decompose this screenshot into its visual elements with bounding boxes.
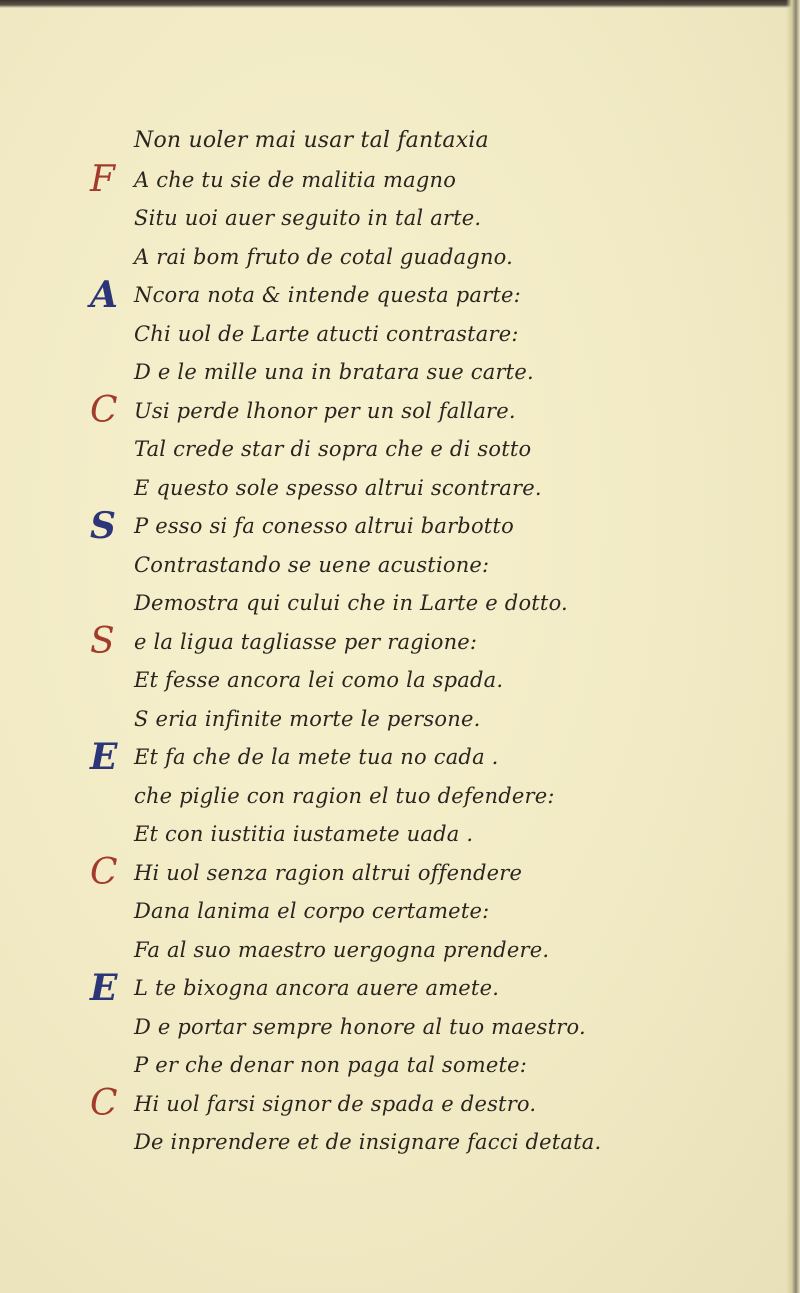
verse-line: Tal crede star di sopra che e di sotto xyxy=(90,430,770,469)
verse-line: CUsi perde lhonor per un sol fallare. xyxy=(90,392,770,431)
rubricated-initial: E xyxy=(90,969,118,1007)
page-top-edge xyxy=(0,0,800,8)
verse-text: A rai bom fruto de cotal guadagno. xyxy=(134,238,513,276)
verse-line: EEt fa che de la mete tua no cada . xyxy=(90,738,770,777)
verse-text: De inprendere et de insignare facci deta… xyxy=(134,1123,601,1161)
rubricated-initial: C xyxy=(90,854,118,892)
verse-line: Fa al suo maestro uergogna prendere. xyxy=(90,931,770,970)
verse-line: E questo sole spesso altrui scontrare. xyxy=(90,469,770,508)
verse-line: D e le mille una in bratara sue carte. xyxy=(90,353,770,392)
verse-text: Situ uoi auer seguito in tal arte. xyxy=(134,199,481,237)
verse-line: CHi uol farsi signor de spada e destro. xyxy=(90,1085,770,1124)
verse-line: ANcora nota & intende questa parte: xyxy=(90,276,770,315)
verse-line: Se la ligua tagliasse per ragione: xyxy=(90,623,770,662)
rubricated-initial: C xyxy=(90,392,118,430)
verse-text: E questo sole spesso altrui scontrare. xyxy=(134,469,542,507)
verse-line: Et con iustitia iustamete uada . xyxy=(90,815,770,854)
verse-line: FA che tu sie de malitia magno xyxy=(90,161,770,200)
rubricated-initial: S xyxy=(90,507,116,545)
verse-text: P esso si fa conesso altrui barbotto xyxy=(134,507,514,545)
verse-line: P er che denar non paga tal somete: xyxy=(90,1046,770,1085)
verse-text: che piglie con ragion el tuo defendere: xyxy=(134,777,555,815)
verse-line: Et fesse ancora lei como la spada. xyxy=(90,661,770,700)
verse-line: Demostra qui cului che in Larte e dotto. xyxy=(90,584,770,623)
verse-text: Et fesse ancora lei como la spada. xyxy=(134,661,503,699)
verse-line: S eria infinite morte le persone. xyxy=(90,700,770,739)
verse-text: L te bixogna ancora auere amete. xyxy=(134,969,499,1007)
rubricated-initial: E xyxy=(90,738,118,776)
verse-text: Ncora nota & intende questa parte: xyxy=(134,276,521,314)
verse-text: Et fa che de la mete tua no cada . xyxy=(134,738,499,776)
verse-line: che piglie con ragion el tuo defendere: xyxy=(90,777,770,816)
verse-line: Dana lanima el corpo certamete: xyxy=(90,892,770,931)
verse-block: Non uoler mai usar tal fantaxiaFA che tu… xyxy=(90,122,770,1162)
verse-line: Chi uol de Larte atucti contrastare: xyxy=(90,315,770,354)
verse-text: Et con iustitia iustamete uada . xyxy=(134,815,473,853)
verse-line: EL te bixogna ancora auere amete. xyxy=(90,969,770,1008)
verse-text: P er che denar non paga tal somete: xyxy=(134,1046,527,1084)
verse-text: Fa al suo maestro uergogna prendere. xyxy=(134,931,549,969)
page-gutter-shadow xyxy=(786,0,800,1293)
rubricated-initial: F xyxy=(90,161,115,199)
verse-line: Non uoler mai usar tal fantaxia xyxy=(90,122,770,161)
rubricated-initial: S xyxy=(90,623,115,661)
verse-text: S eria infinite morte le persone. xyxy=(134,700,480,738)
verse-text: A che tu sie de malitia magno xyxy=(134,161,456,199)
verse-text: Tal crede star di sopra che e di sotto xyxy=(134,430,531,468)
verse-text: D e portar sempre honore al tuo maestro. xyxy=(134,1008,586,1046)
verse-text: Demostra qui cului che in Larte e dotto. xyxy=(134,584,568,622)
manuscript-page: Non uoler mai usar tal fantaxiaFA che tu… xyxy=(0,0,800,1293)
rubricated-initial: A xyxy=(90,276,118,314)
verse-text: Non uoler mai usar tal fantaxia xyxy=(134,122,489,160)
verse-line: Situ uoi auer seguito in tal arte. xyxy=(90,199,770,238)
verse-text: Contrastando se uene acustione: xyxy=(134,546,489,584)
verse-line: SP esso si fa conesso altrui barbotto xyxy=(90,507,770,546)
verse-line: CHi uol senza ragion altrui offendere xyxy=(90,854,770,893)
verse-line: De inprendere et de insignare facci deta… xyxy=(90,1123,770,1162)
verse-line: Contrastando se uene acustione: xyxy=(90,546,770,585)
verse-text: Usi perde lhonor per un sol fallare. xyxy=(134,392,516,430)
verse-text: Hi uol senza ragion altrui offendere xyxy=(134,854,522,892)
verse-text: Dana lanima el corpo certamete: xyxy=(134,892,489,930)
verse-text: e la ligua tagliasse per ragione: xyxy=(134,623,477,661)
verse-text: Chi uol de Larte atucti contrastare: xyxy=(134,315,519,353)
verse-text: D e le mille una in bratara sue carte. xyxy=(134,353,534,391)
verse-line: A rai bom fruto de cotal guadagno. xyxy=(90,238,770,277)
verse-line: D e portar sempre honore al tuo maestro. xyxy=(90,1008,770,1047)
rubricated-initial: C xyxy=(90,1085,118,1123)
verse-text: Hi uol farsi signor de spada e destro. xyxy=(134,1085,536,1123)
